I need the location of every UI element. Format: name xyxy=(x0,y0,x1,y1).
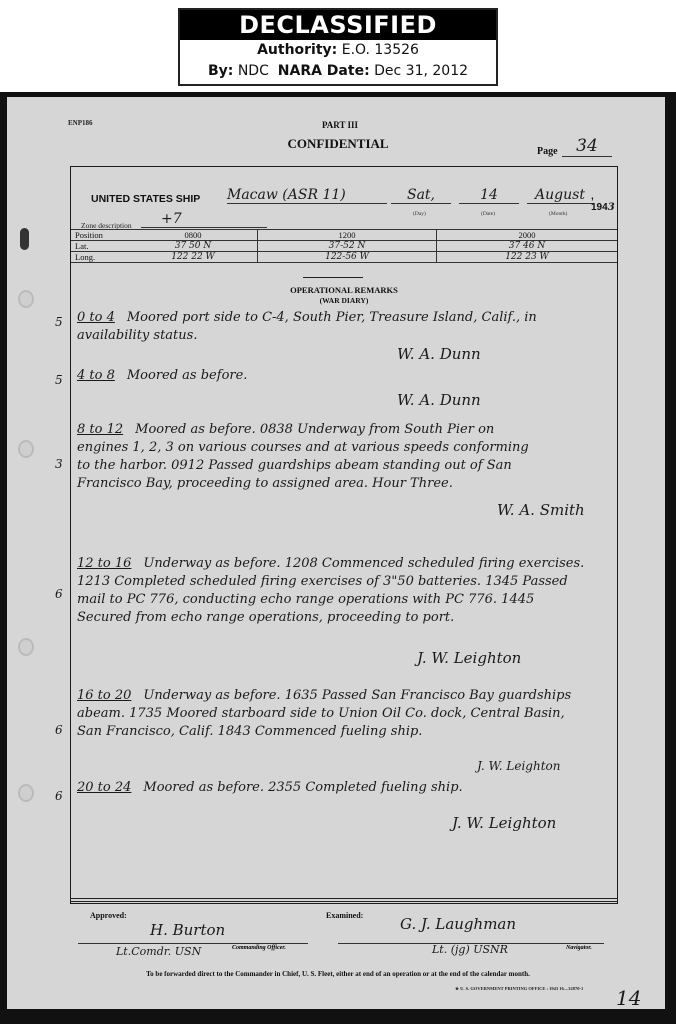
watch-label: 12 to 16 xyxy=(77,556,131,571)
navigator-title: Navigator. xyxy=(566,945,592,951)
position-header-row: Position 0800 1200 2000 xyxy=(71,230,617,241)
entry-text: Underway as before. 1635 Passed San Fran… xyxy=(77,688,571,739)
long-row: Long. 122 22 W 122-56 W 122 23 W xyxy=(71,252,617,263)
stamp-by: By: NDC NARA Date: Dec 31, 2012 xyxy=(180,61,496,82)
watch-label: 0 to 4 xyxy=(77,310,115,325)
watch-label: 8 to 12 xyxy=(77,422,123,437)
day-value: Sat, xyxy=(391,187,451,204)
long-2000: 122 23 W xyxy=(437,252,618,263)
folio-number: 14 xyxy=(616,986,641,1010)
position-label: Position xyxy=(71,230,129,241)
entry-text: Moored port side to C-4, South Pier, Tre… xyxy=(77,310,537,343)
stamp-title: DECLASSIFIED xyxy=(180,10,496,40)
remarks-title: OPERATIONAL REMARKS xyxy=(71,285,617,295)
margin-number: 6 xyxy=(55,587,63,601)
nara-label: NARA Date: xyxy=(278,63,370,79)
lat-row: Lat. 37 50 N 37-52 N 37 46 N xyxy=(71,241,617,252)
page-number: 34 xyxy=(562,136,612,157)
diary-entry: 0 to 4Moored port side to C-4, South Pie… xyxy=(77,309,609,345)
month-caption: (Month) xyxy=(549,211,567,217)
navigator-signature-line xyxy=(338,943,604,944)
officer-signature: W. A. Smith xyxy=(497,501,585,519)
lat-0800: 37 50 N xyxy=(129,241,258,252)
margin-number: 5 xyxy=(55,373,63,387)
time-0800: 0800 xyxy=(129,230,258,241)
diary-entry: 20 to 24Moored as before. 2355 Completed… xyxy=(77,779,609,797)
day-caption: (Day) xyxy=(413,211,426,217)
co-rank: Lt.Comdr. USN xyxy=(116,945,201,958)
punch-hole-icon xyxy=(18,440,34,458)
remarks-subtitle: (WAR DIARY) xyxy=(71,296,617,305)
approval-block: Approved: Examined: H. Burton Lt.Comdr. … xyxy=(70,898,618,967)
time-2000: 2000 xyxy=(437,230,618,241)
time-1200: 1200 xyxy=(258,230,437,241)
punch-hole-icon xyxy=(18,290,34,308)
nara-value: Dec 31, 2012 xyxy=(374,63,468,79)
by-value: NDC xyxy=(238,63,269,79)
declassified-stamp: DECLASSIFIED Authority: E.O. 13526 By: N… xyxy=(178,8,498,86)
examined-label: Examined: xyxy=(326,911,363,920)
authority-label: Authority: xyxy=(257,42,337,58)
entry-text: Underway as before. 1208 Commenced sched… xyxy=(77,556,584,625)
punch-hole-icon xyxy=(18,638,34,656)
margin-number: 3 xyxy=(55,457,63,471)
diary-entry: 4 to 8Moored as before. W. A. Dunn xyxy=(77,367,609,385)
entry-text: Moored as before. 2355 Completed fueling… xyxy=(143,780,462,795)
forwarding-instruction: To be forwarded direct to the Commander … xyxy=(0,970,676,978)
authority-value: E.O. 13526 xyxy=(342,42,419,58)
watch-label: 4 to 8 xyxy=(77,368,115,383)
co-title: Commanding Officer. xyxy=(232,945,286,951)
part-heading: PART III xyxy=(2,120,676,130)
long-0800: 122 22 W xyxy=(129,252,258,263)
officer-signature: W. A. Dunn xyxy=(397,391,481,409)
officer-signature: J. W. Leighton xyxy=(477,759,560,773)
printing-office-imprint: ★ U. S. GOVERNMENT PRINTING OFFICE : 194… xyxy=(455,986,583,992)
approved-label: Approved: xyxy=(90,911,127,920)
diary-entry: 8 to 12Moored as before. 0838 Underway f… xyxy=(77,421,609,493)
navigator-rank: Lt. (jg) USNR xyxy=(432,943,508,956)
lat-label: Lat. xyxy=(71,241,129,252)
ship-name: Macaw (ASR 11) xyxy=(227,187,387,204)
officer-signature: W. A. Dunn xyxy=(397,345,481,363)
stamp-authority: Authority: E.O. 13526 xyxy=(180,40,496,61)
watch-label: 16 to 20 xyxy=(77,688,131,703)
position-table: Position 0800 1200 2000 Lat. 37 50 N 37-… xyxy=(71,229,617,263)
lat-2000: 37 46 N xyxy=(437,241,618,252)
ship-label: UNITED STATES SHIP xyxy=(91,193,200,205)
diary-entry: 16 to 20Underway as before. 1635 Passed … xyxy=(77,687,609,741)
lat-1200: 37-52 N xyxy=(258,241,437,252)
entry-text: Moored as before. 0838 Underway from Sou… xyxy=(77,422,529,491)
long-1200: 122-56 W xyxy=(258,252,437,263)
long-label: Long. xyxy=(71,252,129,263)
entry-text: Moored as before. xyxy=(127,368,248,383)
officer-signature: J. W. Leighton xyxy=(452,814,556,832)
year-value: , 1943 xyxy=(591,191,615,213)
month-value: August xyxy=(527,187,593,204)
diary-entry: 12 to 16Underway as before. 1208 Commenc… xyxy=(77,555,609,627)
binder-clip-icon xyxy=(20,228,29,250)
co-signature: H. Burton xyxy=(150,921,225,939)
co-signature-line xyxy=(78,943,308,944)
zone-value: +7 xyxy=(141,211,267,228)
ship-header: UNITED STATES SHIP Macaw (ASR 11) Sat, (… xyxy=(91,187,611,209)
officer-signature: J. W. Leighton xyxy=(417,649,521,667)
date-value: 14 xyxy=(459,187,519,204)
margin-number: 6 xyxy=(55,789,63,803)
page-label: Page xyxy=(537,146,558,157)
margin-number: 6 xyxy=(55,723,63,737)
navigator-signature: G. J. Laughman xyxy=(400,915,516,933)
margin-number: 5 xyxy=(55,315,63,329)
divider xyxy=(303,277,363,278)
war-diary-form: UNITED STATES SHIP Macaw (ASR 11) Sat, (… xyxy=(70,166,618,904)
date-caption: (Date) xyxy=(481,211,495,217)
punch-hole-icon xyxy=(18,784,34,802)
by-label: By: xyxy=(208,63,233,79)
watch-label: 20 to 24 xyxy=(77,780,131,795)
